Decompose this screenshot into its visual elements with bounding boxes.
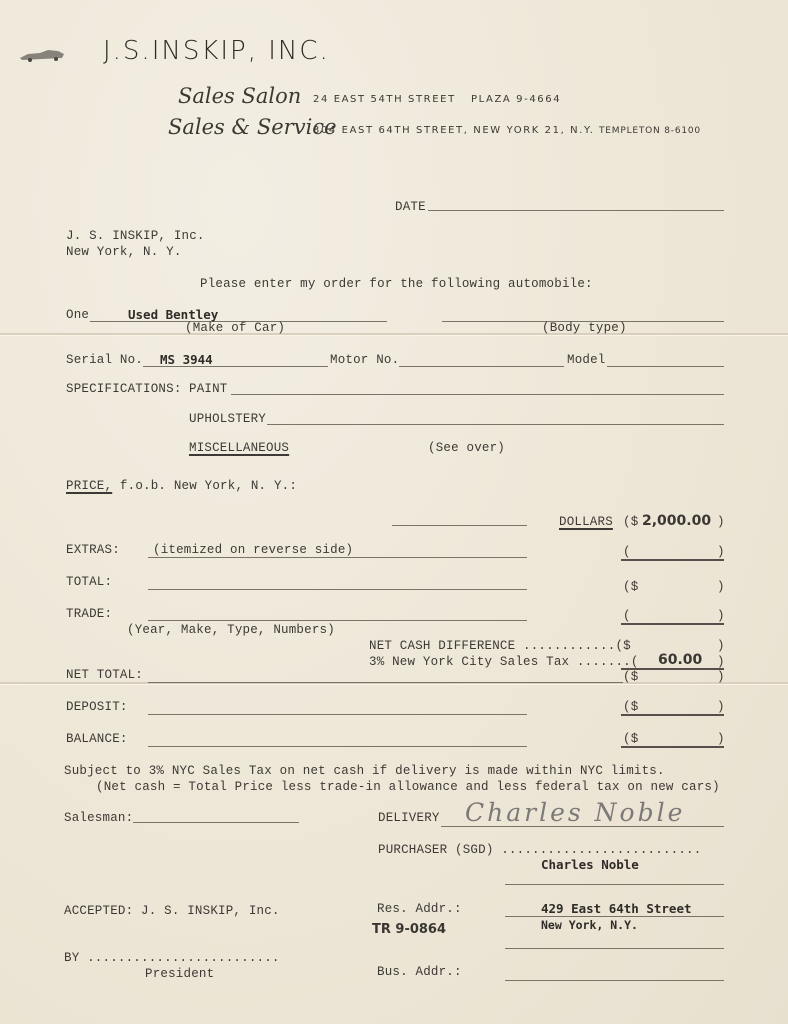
addressee-line2: New York, N. Y.	[66, 245, 182, 259]
sales-tax-close: )	[717, 655, 725, 669]
trade-close: )	[717, 609, 725, 623]
specifications-label: SPECIFICATIONS:	[66, 382, 182, 396]
deposit-amount-field[interactable]	[621, 714, 724, 716]
motor-field[interactable]	[399, 366, 564, 367]
trade-label: TRADE:	[66, 607, 112, 621]
purchaser-label: PURCHASER (SGD) ........................…	[378, 843, 701, 857]
price-open: ($	[623, 515, 638, 529]
salesman-label: Salesman:	[64, 811, 133, 825]
extras-amount-field[interactable]	[621, 559, 724, 561]
fold-crease	[0, 333, 788, 335]
model-field[interactable]	[607, 366, 724, 367]
net-cash-label: NET CASH DIFFERENCE ............($	[369, 639, 631, 653]
salesman-field[interactable]	[133, 822, 299, 823]
res-addr-line2: New York, N.Y.	[541, 918, 638, 932]
extras-close: )	[717, 545, 725, 559]
net-total-close: )	[717, 670, 725, 684]
deposit-field[interactable]	[148, 714, 527, 715]
one-label: One	[66, 308, 89, 322]
serial-label: Serial No.	[66, 353, 143, 367]
dollars-label: DOLLARS	[559, 515, 613, 529]
price-label: PRICE, f.o.b. New York, N. Y.:	[66, 479, 297, 493]
service-address: 304 EAST 64TH STREET, NEW YORK 21, N.Y.	[313, 125, 594, 136]
net-cash-close: )	[717, 639, 725, 653]
order-form-page: J.S.INSKIP, INC. Sales Salon 24 EAST 54T…	[0, 0, 788, 1024]
company-logo: J.S.INSKIP, INC.	[103, 36, 330, 66]
paint-field[interactable]	[231, 394, 724, 395]
balance-open: ($	[623, 732, 638, 746]
res-addr-field-1[interactable]	[505, 916, 724, 917]
upholstery-label: UPHOLSTERY	[189, 412, 266, 426]
sales-salon-script: Sales Salon	[178, 84, 301, 108]
total-open: ($	[623, 580, 638, 594]
accepted-label: ACCEPTED: J. S. INSKIP, Inc.	[64, 904, 280, 918]
net-total-field[interactable]	[148, 682, 623, 683]
res-addr-label: Res. Addr.:	[377, 902, 462, 916]
net-total-label: NET TOTAL:	[66, 668, 143, 682]
make-caption: (Make of Car)	[185, 321, 285, 335]
delivery-signature: Charles Noble	[465, 798, 685, 827]
price-value: 2,000.00	[642, 513, 711, 529]
delivery-label: DELIVERY	[378, 811, 440, 825]
balance-amount-field[interactable]	[621, 746, 724, 748]
trade-open: (	[623, 609, 631, 623]
salon-phone: PLAZA 9-4664	[471, 94, 561, 105]
model-label: Model	[567, 353, 606, 367]
addressee-line1: J. S. INSKIP, Inc.	[66, 229, 205, 243]
res-addr-field-2[interactable]	[505, 948, 724, 949]
serial-value: MS 3944	[160, 352, 213, 367]
trade-field[interactable]	[148, 620, 527, 621]
president-label: President	[145, 967, 214, 981]
service-phone: TEMPLETON 8-6100	[599, 126, 701, 136]
sales-tax-value: 60.00	[658, 652, 702, 668]
miscellaneous-label: MISCELLANEOUS	[189, 441, 289, 455]
phone-value: TR 9-0864	[372, 922, 446, 937]
total-field[interactable]	[148, 589, 527, 590]
date-field[interactable]	[428, 210, 724, 211]
total-close: )	[717, 580, 725, 594]
sales-service-script: Sales & Service	[168, 115, 337, 139]
intro-text: Please enter my order for the following …	[200, 277, 593, 291]
salon-address: 24 EAST 54TH STREET	[313, 94, 456, 105]
deposit-label: DEPOSIT:	[66, 700, 128, 714]
tax-note-1: Subject to 3% NYC Sales Tax on net cash …	[64, 764, 665, 778]
net-total-open: ($	[623, 670, 638, 684]
price-label-underlined: PRICE,	[66, 479, 112, 493]
see-over-note: (See over)	[428, 441, 505, 455]
extras-label: EXTRAS:	[66, 543, 120, 557]
res-addr-line1: 429 East 64th Street	[541, 901, 692, 916]
price-words-field[interactable]	[392, 525, 527, 526]
purchaser-field[interactable]	[505, 884, 724, 885]
tax-note-2: (Net cash = Total Price less trade-in al…	[96, 780, 720, 794]
price-label-rest: f.o.b. New York, N. Y.:	[112, 479, 297, 493]
balance-label: BALANCE:	[66, 732, 128, 746]
make-value: Used Bentley	[128, 307, 218, 322]
sales-tax-label: 3% New York City Sales Tax .......(	[369, 655, 639, 669]
purchaser-name: Charles Noble	[541, 857, 639, 872]
date-label: DATE	[395, 200, 426, 214]
upholstery-field[interactable]	[267, 424, 724, 425]
balance-close: )	[717, 732, 725, 746]
body-type-caption: (Body type)	[542, 321, 627, 335]
paint-label: PAINT	[189, 382, 228, 396]
motor-label: Motor No.	[330, 353, 399, 367]
extras-open: (	[623, 545, 631, 559]
bus-addr-label: Bus. Addr.:	[377, 965, 462, 979]
trade-caption: (Year, Make, Type, Numbers)	[127, 623, 335, 637]
extras-field[interactable]	[148, 557, 527, 558]
trade-amount-field[interactable]	[621, 623, 724, 625]
total-label: TOTAL:	[66, 575, 112, 589]
bus-addr-field[interactable]	[505, 980, 724, 981]
car-logo-icon	[18, 44, 68, 64]
price-close: )	[717, 515, 725, 529]
deposit-open: ($	[623, 700, 638, 714]
deposit-close: )	[717, 700, 725, 714]
balance-field[interactable]	[148, 746, 527, 747]
extras-note: (itemized on reverse side)	[153, 543, 353, 557]
by-signature-line[interactable]: BY .........................	[64, 951, 280, 965]
